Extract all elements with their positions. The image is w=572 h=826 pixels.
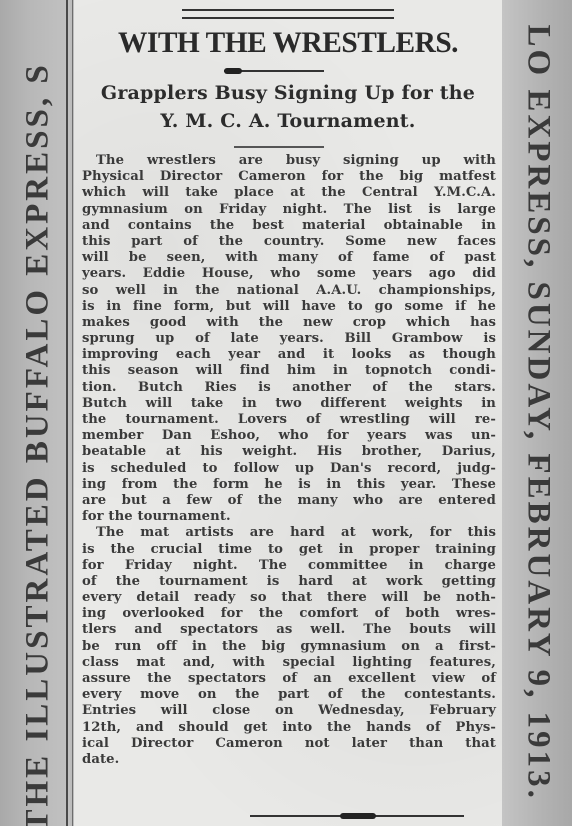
article-line: date. [82,752,496,768]
article-body: The wrestlers are busy signing up withPh… [82,153,496,768]
subheadline-line-1: Grapplers Busy Signing Up for the [74,82,502,104]
article-line: assure the spectators of an excellent vi… [82,671,496,687]
article-line: this season will find him in topnotch co… [82,363,496,379]
article-line: is the crucial time to get in proper tra… [82,542,496,558]
headline: WITH THE WRESTLERS. [78,26,497,60]
article-line: every detail ready so that there will be… [82,590,496,606]
article-line: so well in the national A.A.U. champions… [82,283,496,299]
top-double-rule [182,9,394,19]
article-line: ing overlooked for the comfort of both w… [82,606,496,622]
article-line: beatable at his weight. His brother, Dar… [82,444,496,460]
subhead-rule [234,146,324,148]
article-line: be run off in the big gymnasium on a fir… [82,639,496,655]
article-line: for Friday night. The committee in charg… [82,558,496,574]
article-line: tion. Butch Ries is another of the stars… [82,380,496,396]
bottom-dash-rule [250,815,464,817]
article-line: sprung up of late years. Bill Grambow is [82,331,496,347]
article-line: Butch will take in two different weights… [82,396,496,412]
masthead-left: THE ILLUSTRATED BUFFALO EXPRESS, S [20,62,57,826]
article-line: class mat and, with special lighting fea… [82,655,496,671]
article-line: 12th, and should get into the hands of P… [82,720,496,736]
article-line: member Dan Eshoo, who for years was un- [82,428,496,444]
article-line: of the tournament is hard at work gettin… [82,574,496,590]
article-line: for the tournament. [82,509,496,525]
article-column: WITH THE WRESTLERS. Grapplers Busy Signi… [74,0,502,826]
article-line: this part of the country. Some new faces [82,234,496,250]
article-line: are but a few of the many who are entere… [82,493,496,509]
column-rule-left [66,0,68,826]
article-line: The mat artists are hard at work, for th… [82,525,496,541]
headline-dash-rule [224,70,324,72]
subheadline-line-2: Y. M. C. A. Tournament. [74,110,502,132]
column-rule-left-inner [72,0,73,826]
article-line: years. Eddie House, who some years ago d… [82,266,496,282]
article-line: will be seen, with many of fame of past [82,250,496,266]
article-line: improving each year and it looks as thou… [82,347,496,363]
article-line: ing from the form he is in this year. Th… [82,477,496,493]
article-line: is scheduled to follow up Dan's record, … [82,461,496,477]
article-line: tlers and spectators as well. The bouts … [82,622,496,638]
article-line: Entries will close on Wednesday, Februar… [82,703,496,719]
article-line: every move on the part of the contestant… [82,687,496,703]
article-line: is in fine form, but will have to go som… [82,299,496,315]
article-line: makes good with the new crop which has [82,315,496,331]
article-line: ical Director Cameron not later than tha… [82,736,496,752]
article-line: and contains the best material obtainabl… [82,218,496,234]
masthead-right: LO EXPRESS, SUNDAY, FEBRUARY 9, 1913. [520,25,557,801]
article-line: which will take place at the Central Y.M… [82,185,496,201]
article-line: The wrestlers are busy signing up with [82,153,496,169]
article-line: gymnasium on Friday night. The list is l… [82,202,496,218]
article-line: the tournament. Lovers of wrestling will… [82,412,496,428]
article-line: Physical Director Cameron for the big ma… [82,169,496,185]
